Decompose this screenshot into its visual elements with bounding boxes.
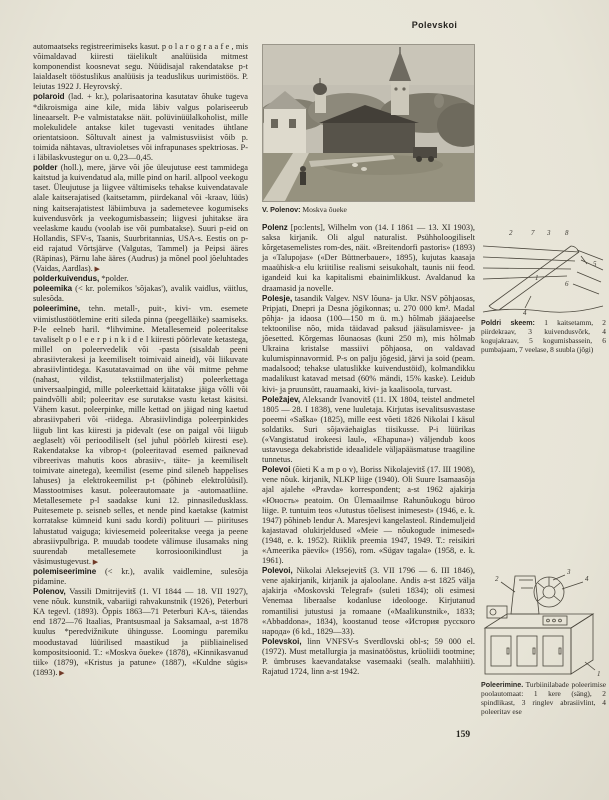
figure-label: 5 — [593, 260, 597, 268]
encyclopedia-page: Polevskoi automaatseks registreerimiseks… — [0, 0, 609, 800]
figure-label: 1 — [597, 670, 601, 678]
see-figure-arrow: ▶ — [91, 558, 98, 566]
headword: polemiseerimine — [33, 567, 96, 576]
polder-scheme-figure: 1 2 3 4 5 6 7 8 Poldri skeem: 1 kaitseta… — [481, 226, 606, 355]
right-column: V. Polenov: Moskva õueke Polenz [po:lent… — [262, 42, 475, 677]
entry-body: *polder. — [99, 274, 128, 283]
figure-label: 4 — [585, 575, 589, 583]
entry-polevskoi: Polevskoi, linn VNFSV-s Sverdlovski obl-… — [262, 637, 475, 677]
figure-label: 3 — [566, 568, 571, 576]
polishing-machine-drawing: 1 2 3 4 — [481, 566, 606, 678]
headword: Poležajev, — [262, 395, 300, 404]
figure-label: 1 — [535, 274, 539, 282]
figure-label: 7 — [531, 229, 535, 237]
entry-polezajev: Poležajev, Aleksandr Ivanovitš (11. IX 1… — [262, 395, 475, 466]
see-figure-arrow: ▶ — [57, 669, 64, 677]
figure-label: 2 — [509, 229, 513, 237]
figure-label: 6 — [565, 280, 569, 288]
polishing-machine-figure: 1 2 3 4 Poleerimine. Turbiinilabade pole… — [481, 566, 606, 717]
entry-polenov: Polenov, Vassili Dmitrijevitš (1. VI 184… — [33, 587, 248, 678]
running-head: Polevskoi — [262, 20, 607, 30]
figure-label: 2 — [495, 575, 499, 583]
entry-continuation: automaatseks registreerimiseks kasut. p … — [33, 42, 248, 92]
entry-body: [po:lents], Wilhelm von (14. I 1861 — 13… — [262, 223, 475, 293]
figure-caption-title: Poldri skeem: — [481, 319, 535, 327]
polishing-figure-caption: Poleerimine. Turbiinilabade poleerimise … — [481, 681, 606, 717]
entry-body: (õieti K a m p o v), Boriss Nikolajevitš… — [262, 465, 475, 565]
entry-polemiseerimine: polemiseerimine (< kr.), avalik vaidlemi… — [33, 567, 248, 587]
headword: poleerimine, — [33, 304, 80, 313]
entry-poleemika: poleemika (< kr. polemikos 'sõjakas'), a… — [33, 284, 248, 304]
headword: Polesje, — [262, 294, 292, 303]
painting-figure: V. Polenov: Moskva õueke — [262, 44, 475, 214]
entry-body: (lad. + kr.), polarisaatorina kasutatav … — [33, 92, 248, 162]
page-number: 159 — [446, 730, 480, 740]
headword: Polevoi — [262, 465, 290, 474]
figure-label: 3 — [546, 229, 551, 237]
headword: poleemika — [33, 284, 72, 293]
entry-body: tasandik Valgev. NSV lõuna- ja Ukr. NSV … — [262, 294, 475, 394]
entry-polder: polder (holl.), mere, järve või jõe üleu… — [33, 163, 248, 274]
entry-body: Nikolai Aleksejevitš (3. VII 1796 — 6. I… — [262, 566, 475, 636]
polder-figure-caption: Poldri skeem: 1 kaitsetamm, 2 piirdekraa… — [481, 319, 606, 355]
entry-polaroid: polaroid (lad. + kr.), polarisaatorina k… — [33, 92, 248, 163]
entry-polderkuivendus: polderkuivendus, *polder. — [33, 274, 248, 284]
polder-scheme-drawing: 1 2 3 4 5 6 7 8 — [481, 226, 606, 316]
headword: polderkuivendus, — [33, 274, 99, 283]
painting-caption: V. Polenov: Moskva õueke — [262, 205, 475, 214]
painting-image — [262, 44, 475, 202]
painting-caption-title: Moskva õueke — [300, 205, 346, 214]
entry-body: automaatseks registreerimiseks kasut. p … — [33, 42, 248, 91]
see-figure-arrow: ▶ — [93, 265, 100, 273]
entry-polevoi-nikolai: Polevoi, Nikolai Aleksejevitš (3. VII 17… — [262, 566, 475, 637]
painting-caption-artist: V. Polenov: — [262, 205, 300, 214]
entry-polevoi-boriss: Polevoi (õieti K a m p o v), Boriss Niko… — [262, 465, 475, 566]
entry-body: Vassili Dmitrijevitš (1. VI 1844 — 18. V… — [33, 587, 248, 677]
entry-body: (holl.), mere, järve või jõe üleujutuse … — [33, 163, 248, 273]
entry-polesje: Polesje, tasandik Valgev. NSV lõuna- ja … — [262, 294, 475, 395]
entry-body: Aleksandr Ivanovitš (11. IX 1804, teiste… — [262, 395, 475, 465]
figure-label: 4 — [523, 309, 527, 316]
entry-polenz: Polenz [po:lents], Wilhelm von (14. I 18… — [262, 223, 475, 294]
figure-label: 8 — [565, 229, 569, 237]
headword: Polevskoi, — [262, 637, 302, 646]
headword: Polenov, — [33, 587, 66, 596]
headword: Polenz — [262, 223, 288, 232]
entry-body: tehn. metall-, puit-, kivi- vm. esemete … — [33, 304, 248, 565]
headword: polder — [33, 163, 57, 172]
headword: polaroid — [33, 92, 65, 101]
figure-caption-title: Poleerimine. — [481, 681, 523, 689]
entry-poleerimine: poleerimine, tehn. metall-, puit-, kivi-… — [33, 304, 248, 566]
left-column: automaatseks registreerimiseks kasut. p … — [33, 42, 248, 678]
headword: Polevoi, — [262, 566, 293, 575]
